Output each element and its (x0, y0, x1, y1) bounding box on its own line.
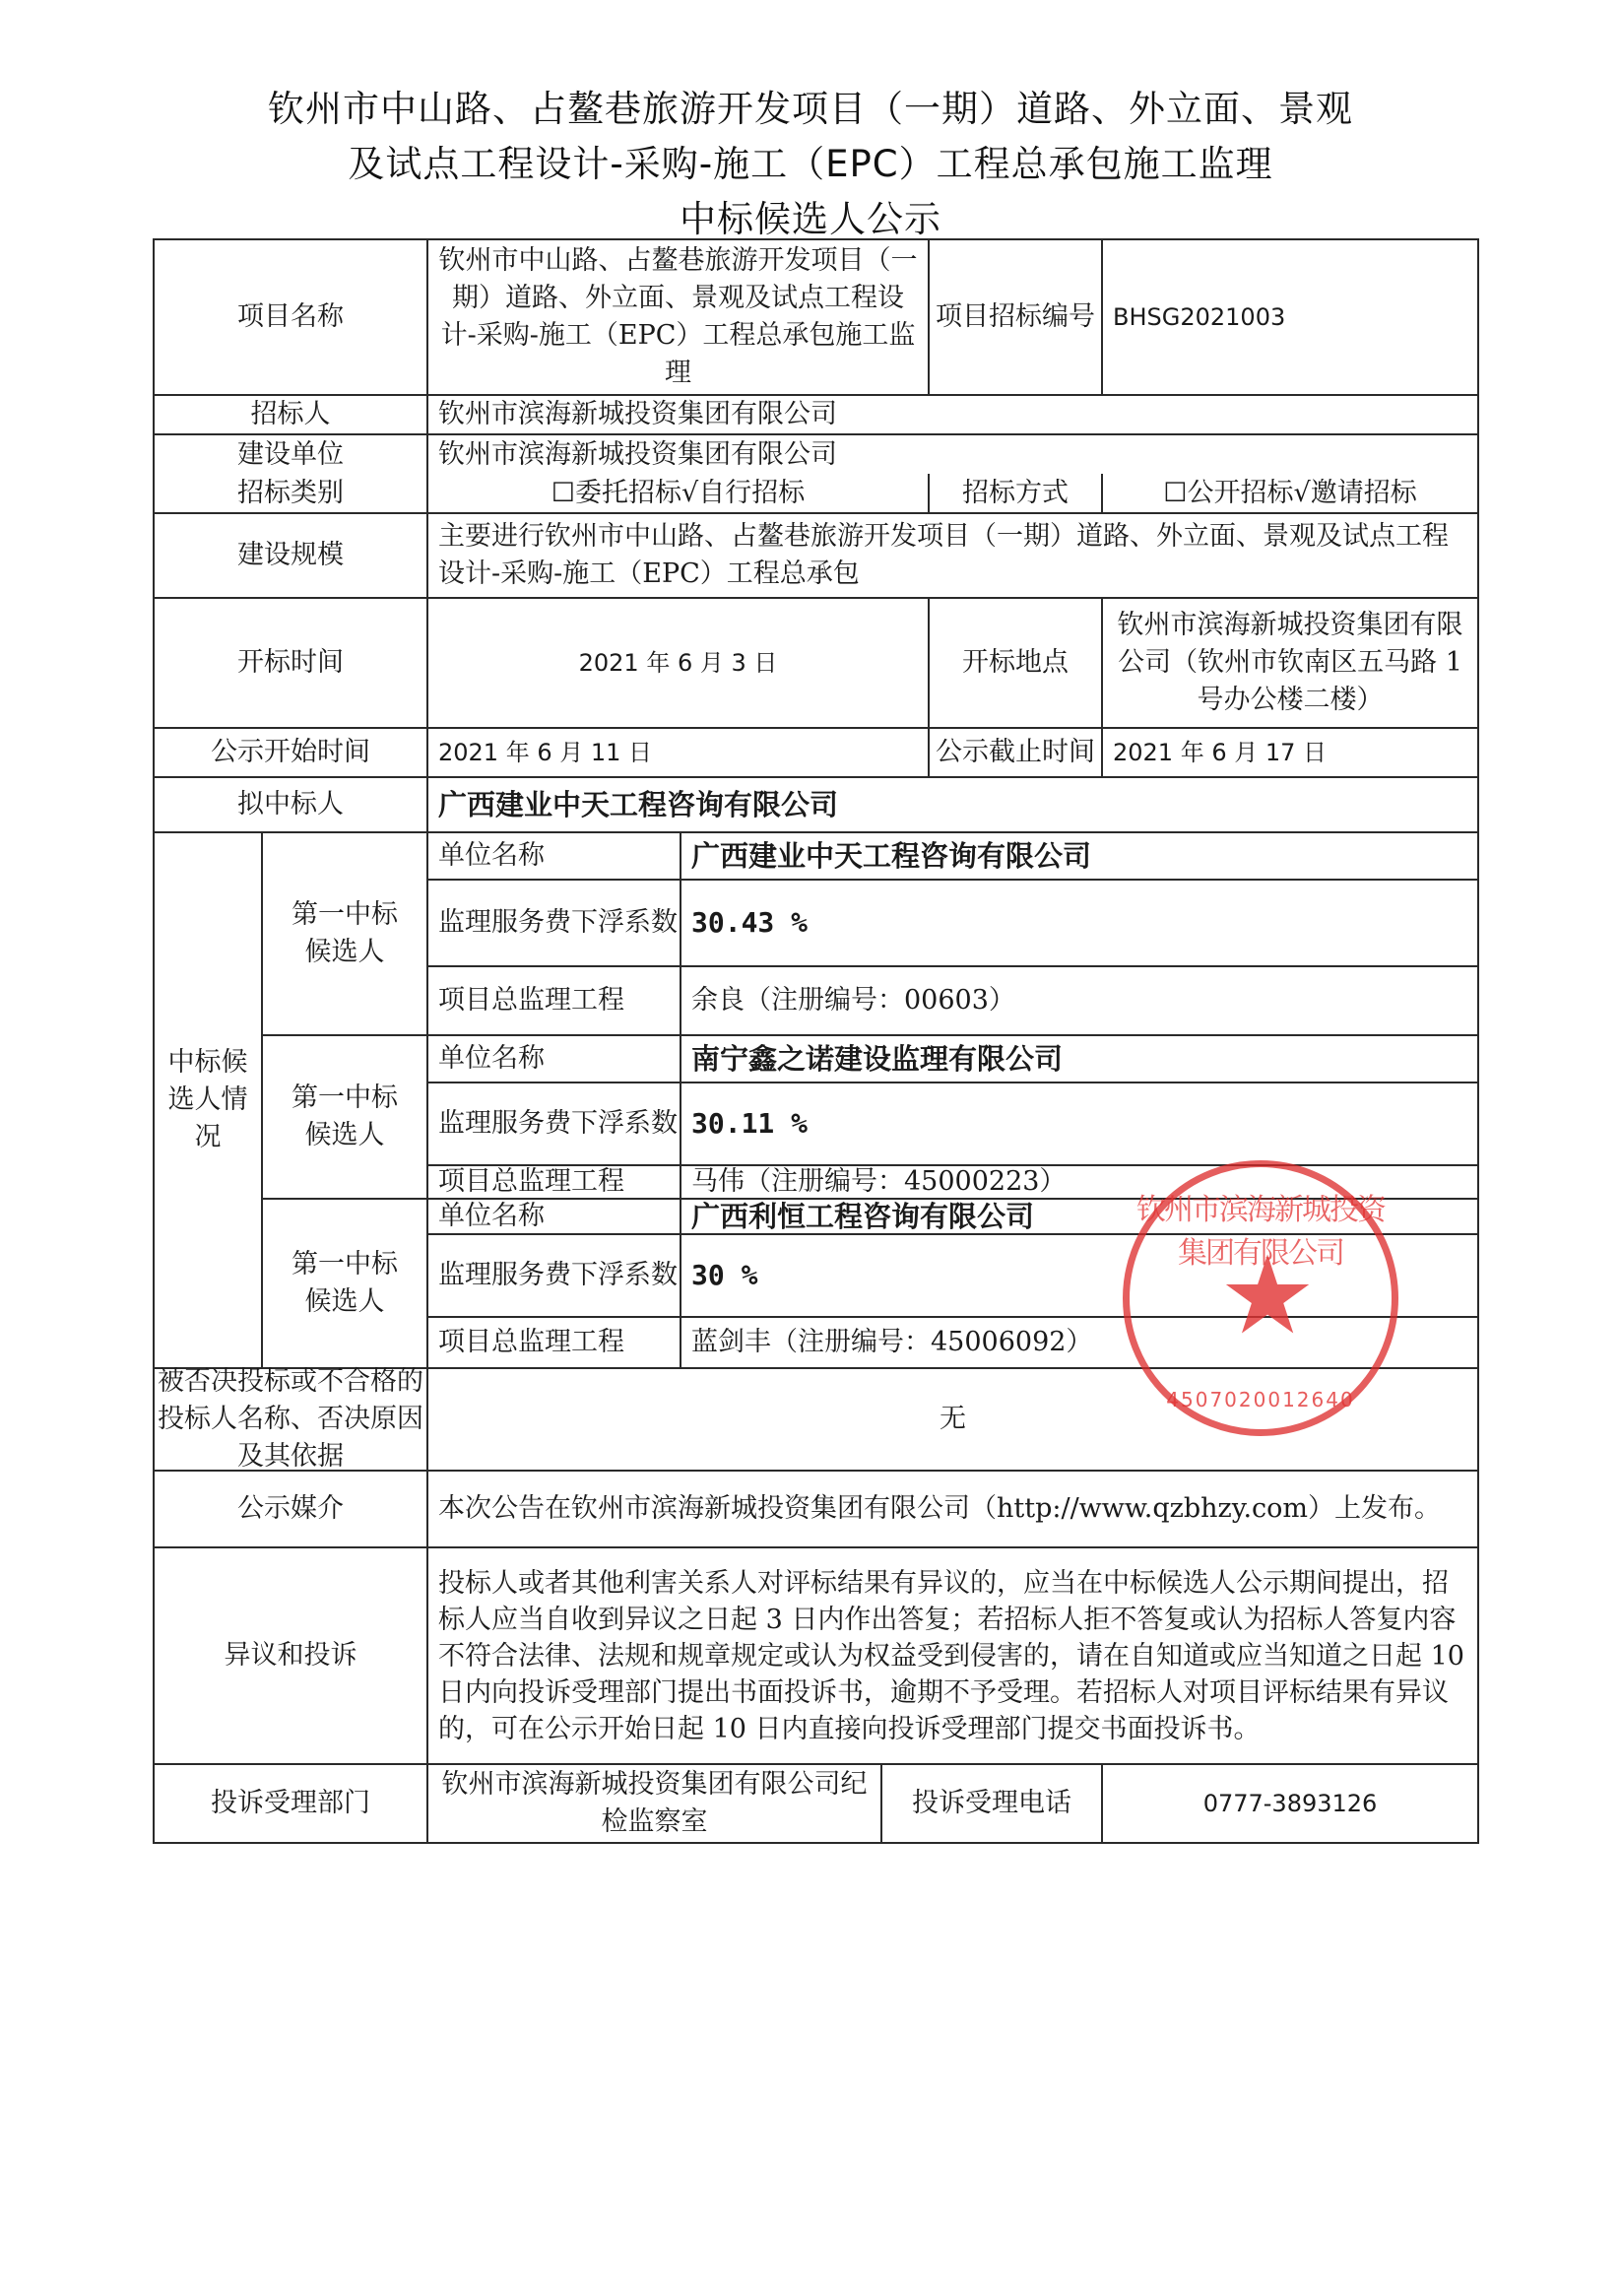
complaint-phone-value: 0777-3893126 (1101, 1763, 1479, 1844)
candidate-2-engineer-value: 马伟（注册编号：45000223） (680, 1164, 1479, 1200)
tender-method-label: 招标方式 (928, 474, 1103, 514)
candidate-1-company-value: 广西建业中天工程咨询有限公司 (680, 831, 1479, 881)
candidate-3-rank: 第一中标候选人 (261, 1198, 428, 1369)
candidate-2-company-value: 南宁鑫之诺建设监理有限公司 (680, 1034, 1479, 1083)
publicity-end-label: 公示截止时间 (928, 727, 1103, 778)
media-value: 本次公告在钦州市滨海新城投资集团有限公司（http://www.qzbhzy.c… (426, 1470, 1479, 1548)
opening-time-label: 开标时间 (153, 597, 428, 729)
candidate-2-rate-label: 监理服务费下浮系数 (426, 1082, 681, 1166)
scale-label: 建设规模 (153, 512, 428, 599)
opening-place-value: 钦州市滨海新城投资集团有限公司（钦州市钦南区五马路 1 号办公楼二楼） (1101, 597, 1479, 729)
project-code-label: 项目招标编号 (928, 238, 1103, 396)
complaint-dept-label: 投诉受理部门 (153, 1763, 428, 1844)
opening-time-value: 2021 年 6 月 3 日 (426, 597, 930, 729)
project-name-label: 项目名称 (153, 238, 428, 396)
candidates-section-label: 中标候选人情况 (153, 831, 263, 1369)
complaint-dept-value: 钦州市滨海新城投资集团有限公司纪检监察室 (426, 1763, 882, 1844)
publicity-start-value: 2021 年 6 月 11 日 (426, 727, 930, 778)
candidate-3-company-label: 单位名称 (426, 1198, 681, 1235)
builder-value: 钦州市滨海新城投资集团有限公司 (426, 433, 1479, 474)
candidate-1-company-label: 单位名称 (426, 831, 681, 881)
builder-label: 建设单位 (153, 433, 428, 474)
document-title-line-2: 及试点工程设计-采购-施工（EPC）工程总承包施工监理 (0, 134, 1621, 187)
candidate-3-rate-value: 30 % (680, 1233, 1479, 1318)
rejected-value: 无 (426, 1367, 1479, 1472)
scale-value: 主要进行钦州市中山路、占鳌巷旅游开发项目（一期）道路、外立面、景观及试点工程设计… (426, 512, 1479, 599)
candidate-3-rate-label: 监理服务费下浮系数 (426, 1233, 681, 1318)
candidate-1-rate-value: 30.43 % (680, 879, 1479, 967)
objection-label: 异议和投诉 (153, 1546, 428, 1765)
document-title-line-1: 钦州市中山路、占鳌巷旅游开发项目（一期）道路、外立面、景观 (0, 79, 1621, 132)
project-name-value: 钦州市中山路、占鳌巷旅游开发项目（一期）道路、外立面、景观及试点工程设计-采购-… (426, 238, 930, 396)
document-title-line-3: 中标候选人公示 (0, 189, 1621, 242)
candidate-2-company-label: 单位名称 (426, 1034, 681, 1083)
candidate-1-rank: 第一中标候选人 (261, 831, 428, 1036)
publicity-start-label: 公示开始时间 (153, 727, 428, 778)
opening-place-label: 开标地点 (928, 597, 1103, 729)
candidate-3-engineer-value: 蓝剑丰（注册编号：45006092） (680, 1316, 1479, 1369)
proposed-winner-label: 拟中标人 (153, 776, 428, 833)
candidate-3-company-value: 广西利恒工程咨询有限公司 (680, 1198, 1479, 1235)
tender-type-value: ☐委托招标√自行招标 (426, 474, 930, 514)
complaint-phone-label: 投诉受理电话 (880, 1763, 1103, 1844)
proposed-winner-value: 广西建业中天工程咨询有限公司 (426, 776, 1479, 833)
candidate-1-rate-label: 监理服务费下浮系数 (426, 879, 681, 967)
tenderer-value: 钦州市滨海新城投资集团有限公司 (426, 394, 1479, 435)
candidate-2-rank: 第一中标候选人 (261, 1034, 428, 1200)
publicity-end-value: 2021 年 6 月 17 日 (1101, 727, 1479, 778)
candidate-2-rate-value: 30.11 % (680, 1082, 1479, 1166)
tender-method-value: ☐公开招标√邀请招标 (1101, 474, 1479, 514)
media-label: 公示媒介 (153, 1470, 428, 1548)
candidate-2-engineer-label: 项目总监理工程 (426, 1164, 681, 1200)
objection-value: 投标人或者其他利害关系人对评标结果有异议的，应当在中标候选人公示期间提出，招标人… (426, 1546, 1479, 1765)
candidate-1-engineer-label: 项目总监理工程 (426, 965, 681, 1036)
project-code-value: BHSG2021003 (1101, 238, 1479, 396)
rejected-label: 被否决投标或不合格的投标人名称、否决原因及其依据 (153, 1367, 428, 1472)
candidate-3-engineer-label: 项目总监理工程 (426, 1316, 681, 1369)
tender-type-label: 招标类别 (153, 474, 428, 514)
tenderer-label: 招标人 (153, 394, 428, 435)
candidate-1-engineer-value: 余良（注册编号：00603） (680, 965, 1479, 1036)
